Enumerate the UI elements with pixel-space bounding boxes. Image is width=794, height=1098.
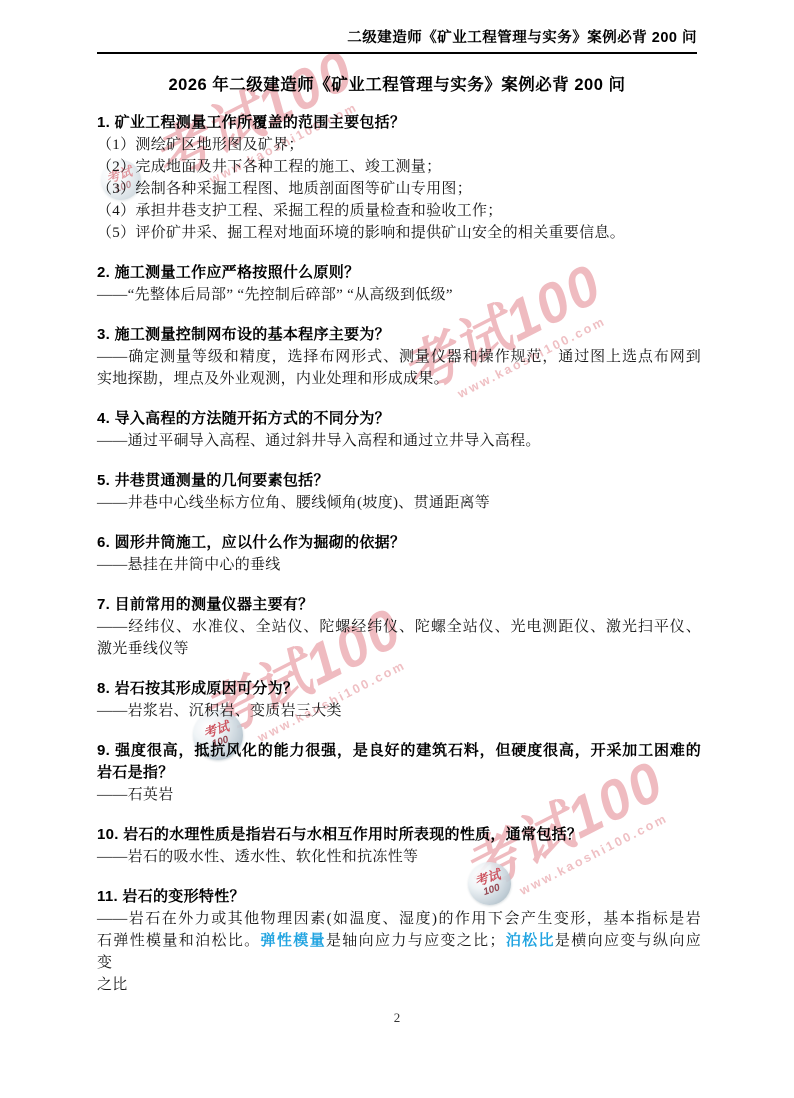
answer-line: ——石英岩 [97,784,701,806]
answer-line: （2）完成地面及井下各种工程的施工、竣工测量； [97,156,701,178]
question-heading: 7. 目前常用的测量仪器主要有？ [97,594,701,616]
qa-block: 9. 强度很高，抵抗风化的能力很强，是良好的建筑石料，但硬度很高，开采加工困难的… [97,740,701,806]
page-footer: 2 [0,1010,794,1026]
answer-line: （3）绘制各种采掘工程图、地质剖面图等矿山专用图； [97,178,701,200]
page-number: 2 [394,1010,401,1025]
answer-line: 变 [97,952,701,974]
keyword-highlight: 弹性模量 [261,932,326,949]
question-heading: 11. 岩石的变形特性？ [97,886,701,908]
keyword-highlight: 泊松比 [505,932,555,949]
answer-line: ——井巷中心线坐标方位角、腰线倾角(坡度)、贯通距离等 [97,492,701,514]
qa-block: 8. 岩石按其形成原因可分为？——岩浆岩、沉积岩、变质岩三大类 [97,678,701,722]
document-page: 考试100 www.kaoshi100.com 考试100 www.kaoshi… [0,0,794,1098]
qa-block: 5. 井巷贯通测量的几何要素包括？——井巷中心线坐标方位角、腰线倾角(坡度)、贯… [97,470,701,514]
answer-line: 石弹性模量和泊松比。弹性模量是轴向应力与应变之比；泊松比是横向应变与纵向应 [97,930,701,952]
qa-block: 2. 施工测量工作应严格按照什么原则？——“先整体后局部” “先控制后碎部” “… [97,262,701,306]
answer-line: ——悬挂在井筒中心的垂线 [97,554,701,576]
header-running-title: 二级建造师《矿业工程管理与实务》案例必背 200 问 [347,30,697,46]
answer-line: ——岩石的吸水性、透水性、软化性和抗冻性等 [97,846,701,868]
qa-block: 6. 圆形井筒施工，应以什么作为掘砌的依据？——悬挂在井筒中心的垂线 [97,532,701,576]
qa-block: 10. 岩石的水理性质是指岩石与水相互作用时所表现的性质，通常包括？——岩石的吸… [97,824,701,868]
question-heading: 3. 施工测量控制网布设的基本程序主要为？ [97,324,701,346]
answer-text-segment: 石弹性模量和泊松比。 [97,933,261,949]
qa-block: 7. 目前常用的测量仪器主要有？——经纬仪、水准仪、全站仪、陀螺经纬仪、陀螺全站… [97,594,701,660]
answer-line: （5）评价矿井采、掘工程对地面环境的影响和提供矿山安全的相关重要信息。 [97,222,701,244]
answer-line: ——确定测量等级和精度，选择布网形式、测量仪器和操作规范，通过图上选点布网到 [97,346,701,368]
answer-line: 之比 [97,974,701,996]
answer-line: ——通过平硐导入高程、通过斜井导入高程和通过立井导入高程。 [97,430,701,452]
answer-text-segment: 是轴向应力与应变之比； [326,933,505,949]
qa-block: 3. 施工测量控制网布设的基本程序主要为？——确定测量等级和精度，选择布网形式、… [97,324,701,390]
question-heading: 10. 岩石的水理性质是指岩石与水相互作用时所表现的性质，通常包括？ [97,824,701,846]
question-heading: 8. 岩石按其形成原因可分为？ [97,678,701,700]
answer-text-segment: 是横向应变与纵向应 [555,933,701,949]
qa-block: 1. 矿业工程测量工作所覆盖的范围主要包括？（1）测绘矿区地形图及矿界；（2）完… [97,112,701,244]
question-heading: 1. 矿业工程测量工作所覆盖的范围主要包括？ [97,112,701,134]
question-heading: 2. 施工测量工作应严格按照什么原则？ [97,262,701,284]
question-heading: 6. 圆形井筒施工，应以什么作为掘砌的依据？ [97,532,701,554]
answer-line: ——“先整体后局部” “先控制后碎部” “从高级到低级” [97,284,701,306]
answer-line: （1）测绘矿区地形图及矿界； [97,134,701,156]
question-heading: 5. 井巷贯通测量的几何要素包括？ [97,470,701,492]
answer-line: ——岩浆岩、沉积岩、变质岩三大类 [97,700,701,722]
page-header: 二级建造师《矿业工程管理与实务》案例必背 200 问 [97,26,697,54]
qa-block: 11. 岩石的变形特性？——岩石在外力或其他物理因素(如温度、湿度)的作用下会产… [97,886,701,996]
answer-line: 激光垂线仪等 [97,638,701,660]
qa-list: 1. 矿业工程测量工作所覆盖的范围主要包括？（1）测绘矿区地形图及矿界；（2）完… [97,112,701,1014]
document-title: 2026 年二级建造师《矿业工程管理与实务》案例必背 200 问 [0,71,794,95]
answer-line: （4）承担井巷支护工程、采掘工程的质量检查和验收工作； [97,200,701,222]
question-heading: 4. 导入高程的方法随开拓方式的不同分为？ [97,408,701,430]
qa-block: 4. 导入高程的方法随开拓方式的不同分为？——通过平硐导入高程、通过斜井导入高程… [97,408,701,452]
answer-line: ——经纬仪、水准仪、全站仪、陀螺经纬仪、陀螺全站仪、光电测距仪、激光扫平仪、 [97,616,701,638]
answer-line: 实地探勘，埋点及外业观测，内业处理和形成成果。 [97,368,701,390]
question-heading: 岩石是指？ [97,762,701,784]
question-heading: 9. 强度很高，抵抗风化的能力很强，是良好的建筑石料，但硬度很高，开采加工困难的 [97,740,701,762]
answer-line: ——岩石在外力或其他物理因素(如温度、湿度)的作用下会产生变形，基本指标是岩 [97,908,701,930]
